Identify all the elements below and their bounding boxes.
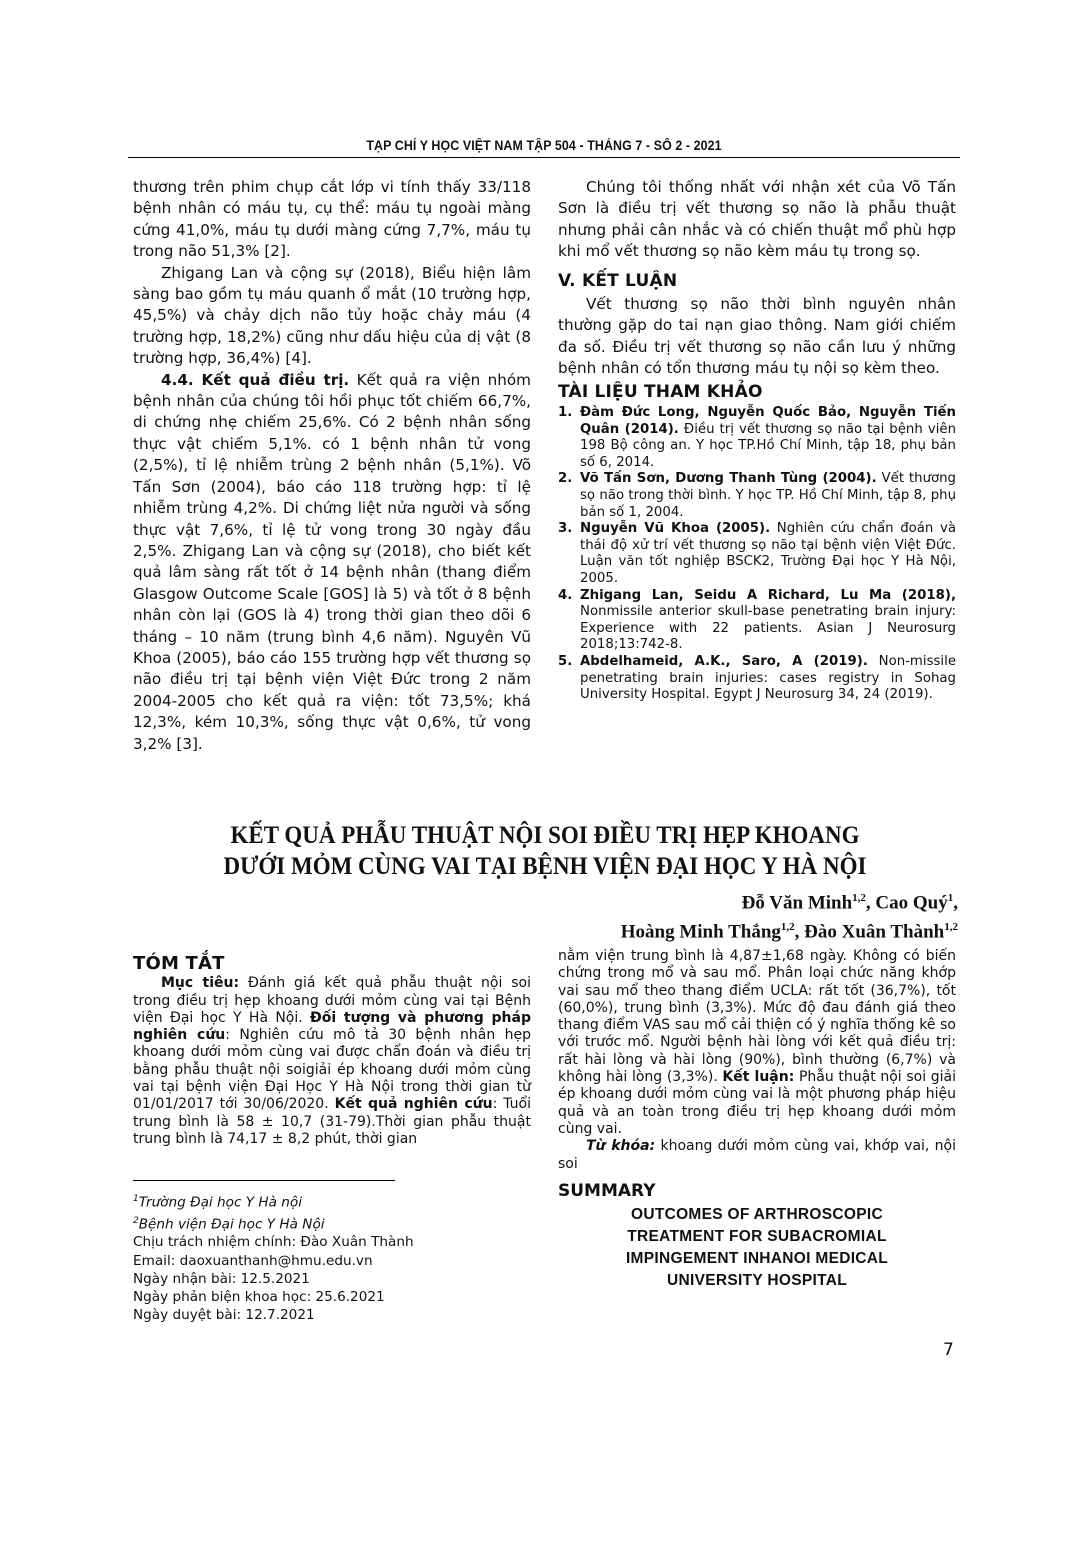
abstract-left-column: TÓM TẮT Mục tiêu: Đánh giá kết quả phẫu … — [133, 955, 531, 1148]
section-heading-conclusion: V. KẾT LUẬN — [558, 271, 956, 292]
author-list: Đỗ Văn Minh1,2, Cao Quý1, Hoàng Minh Thắ… — [420, 886, 958, 945]
affiliation-2: 2Bệnh viện Đại học Y Hà Nội — [133, 1212, 533, 1234]
paragraph: Vết thương sọ não thời bình nguyên nhân … — [558, 294, 956, 380]
reference-item: 1.Đàm Đức Long, Nguyễn Quốc Bảo, Nguyễn … — [558, 405, 956, 471]
author-name: Đào Xuân Thành — [804, 922, 944, 943]
affiliation-1: 1Trường Đại học Y Hà nội — [133, 1190, 533, 1212]
summary-heading: SUMMARY — [558, 1183, 956, 1200]
author-name: Cao Quý — [875, 892, 947, 913]
subsection-heading: 4.4. Kết quả điều trị. — [161, 371, 349, 389]
abstract-heading: TÓM TẮT — [133, 955, 531, 972]
reference-item: 2.Võ Tấn Sơn, Dương Thanh Tùng (2004). V… — [558, 471, 956, 521]
keywords: Từ khóa: khoang dưới mỏm cùng vai, khớp … — [558, 1138, 956, 1173]
abstract-paragraph: Mục tiêu: Đánh giá kết quả phẫu thuật nộ… — [133, 975, 531, 1148]
reference-item: 3.Nguyễn Vũ Khoa (2005). Nghiên cứu chẩn… — [558, 521, 956, 587]
date-received: Ngày nhận bài: 12.5.2021 — [133, 1270, 533, 1288]
english-title: OUTCOMES OF ARTHROSCOPIC TREATMENT FOR S… — [558, 1204, 956, 1292]
author-name: Đỗ Văn Minh — [742, 892, 853, 913]
running-header: TẠP CHÍ Y HỌC VIỆT NAM TẬP 504 - THÁNG 7… — [161, 138, 926, 153]
prev-article-left-column: thương trên phim chụp cắt lớp vi tính th… — [133, 177, 531, 755]
reference-item: 4.Zhigang Lan, Seidu A Richard, Lu Ma (2… — [558, 588, 956, 654]
date-accepted: Ngày duyệt bài: 12.7.2021 — [133, 1306, 533, 1324]
paragraph: thương trên phim chụp cắt lớp vi tính th… — [133, 177, 531, 263]
reference-list: 1.Đàm Đức Long, Nguyễn Quốc Bảo, Nguyễn … — [558, 405, 956, 704]
date-reviewed: Ngày phản biện khoa học: 25.6.2021 — [133, 1288, 533, 1306]
article-title: KẾT QUẢ PHẪU THUẬT NỘI SOI ĐIỀU TRỊ HẸP … — [182, 820, 909, 882]
paragraph: 4.4. Kết quả điều trị. Kết quả ra viện n… — [133, 370, 531, 755]
journal-page: TẠP CHÍ Y HỌC VIỆT NAM TẬP 504 - THÁNG 7… — [0, 0, 1090, 1541]
reference-item: 5.Abdelhameid, A.K., Saro, A (2019). Non… — [558, 654, 956, 704]
abstract-paragraph: nằm viện trung bình là 4,87±1,68 ngày. K… — [558, 948, 956, 1138]
email: Email: daoxuanthanh@hmu.edu.vn — [133, 1252, 533, 1270]
prev-article-right-column: Chúng tôi thống nhất với nhận xét của Võ… — [558, 177, 956, 704]
paragraph: Zhigang Lan và cộng sự (2018), Biểu hiện… — [133, 263, 531, 370]
paragraph: Chúng tôi thống nhất với nhận xét của Võ… — [558, 177, 956, 263]
abstract-right-column: nằm viện trung bình là 4,87±1,68 ngày. K… — [558, 948, 956, 1292]
header-rule — [128, 157, 960, 158]
footnotes: 1Trường Đại học Y Hà nội 2Bệnh viện Đại … — [133, 1190, 533, 1324]
corresponding-author: Chịu trách nhiệm chính: Đào Xuân Thành — [133, 1233, 533, 1251]
section-heading-references: TÀI LIỆU THAM KHẢO — [558, 382, 956, 403]
footnote-rule — [133, 1180, 395, 1181]
page-number: 7 — [943, 1340, 954, 1360]
author-name: Hoàng Minh Thắng — [621, 922, 781, 943]
